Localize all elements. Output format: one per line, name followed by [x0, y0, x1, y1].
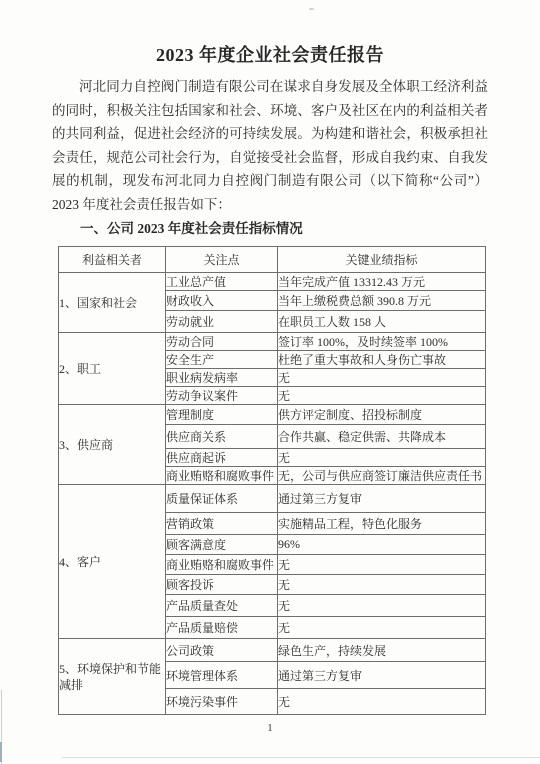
stakeholder-cell: 2、职工 [59, 333, 166, 405]
kpi-cell: 无 [278, 449, 486, 467]
focus-cell: 劳动合同 [166, 333, 278, 351]
kpi-cell: 无 [278, 369, 486, 387]
kpi-cell: 无 [278, 689, 486, 715]
focus-cell: 安全生产 [166, 351, 278, 369]
focus-cell: 商业贿赂和腐败事件 [166, 467, 278, 485]
stakeholder-cell: 1、国家和社会 [59, 273, 166, 333]
focus-cell: 质量保证体系 [166, 485, 278, 513]
document-page: 2023 年度企业社会责任报告 河北同力自控阀门制造有限公司在谋求自身发展及全体… [0, 0, 540, 764]
kpi-cell: 签订率 100%，及时续签率 100% [278, 333, 486, 351]
kpi-cell: 当年上缴税费总额 390.8 万元 [278, 291, 486, 311]
section-heading: 一、公司 2023 年度社会责任指标情况 [0, 216, 540, 239]
focus-cell: 劳动就业 [166, 311, 278, 333]
kpi-cell: 无 [278, 387, 486, 405]
focus-cell: 劳动争议案件 [166, 387, 278, 405]
focus-cell: 财政收入 [166, 291, 278, 311]
table-row: 5、环境保护和节能减排 公司政策 绿色生产，持续发展 [59, 639, 486, 662]
scan-artifact-left-mark [0, 742, 2, 762]
focus-cell: 管理制度 [166, 405, 278, 425]
stakeholder-header: 利益相关者 [59, 247, 166, 273]
table-row: 1、国家和社会 工业总产值 当年完成产值 13312.43 万元 [59, 273, 486, 291]
intro-paragraph: 河北同力自控阀门制造有限公司在谋求自身发展及全体职工经济利益的同时，积极关注包括… [52, 75, 488, 216]
focus-cell: 公司政策 [166, 639, 278, 662]
kpi-cell: 杜绝了重大事故和人身伤亡事故 [278, 351, 486, 369]
focus-cell: 环境管理体系 [166, 662, 278, 689]
kpi-cell: 无 [278, 575, 486, 595]
kpi-cell: 无 [278, 555, 486, 575]
focus-cell: 环境污染事件 [166, 689, 278, 715]
focus-cell: 营销政策 [166, 513, 278, 535]
csr-indicator-table: 利益相关者 关注点 关键业绩指标 1、国家和社会 工业总产值 当年完成产值 13… [58, 246, 486, 715]
stakeholder-cell: 4、客户 [59, 485, 166, 639]
kpi-cell: 无 [278, 595, 486, 617]
kpi-cell: 通过第三方复审 [278, 662, 486, 689]
kpi-cell: 在职员工人数 158 人 [278, 311, 486, 333]
focus-header: 关注点 [166, 247, 278, 273]
kpi-cell: 实施精品工程，特色化服务 [278, 513, 486, 535]
focus-cell: 商业贿赂和腐败事件 [166, 555, 278, 575]
scan-artifact-speck [309, 8, 314, 10]
focus-cell: 供应商起诉 [166, 449, 278, 467]
stakeholder-cell: 3、供应商 [59, 405, 166, 485]
table-row: 2、职工 劳动合同 签订率 100%，及时续签率 100% [59, 333, 486, 351]
focus-cell: 产品质量赔偿 [166, 617, 278, 639]
kpi-cell: 无，公司与供应商签订廉洁供应责任书 [278, 467, 486, 485]
kpi-cell: 当年完成产值 13312.43 万元 [278, 273, 486, 291]
focus-cell: 顾客投诉 [166, 575, 278, 595]
page-title: 2023 年度企业社会责任报告 [0, 0, 540, 67]
kpi-cell: 绿色生产，持续发展 [278, 639, 486, 662]
focus-cell: 产品质量查处 [166, 595, 278, 617]
stakeholder-cell: 5、环境保护和节能减排 [59, 639, 166, 715]
kpi-cell: 无 [278, 617, 486, 639]
table-header-row: 利益相关者 关注点 关键业绩指标 [59, 247, 486, 273]
kpi-cell: 96% [278, 535, 486, 555]
table-row: 4、客户 质量保证体系 通过第三方复审 [59, 485, 486, 513]
focus-cell: 工业总产值 [166, 273, 278, 291]
kpi-cell: 通过第三方复审 [278, 485, 486, 513]
focus-cell: 顾客满意度 [166, 535, 278, 555]
kpi-cell: 供方评定制度、招投标制度 [278, 405, 486, 425]
page-number: 1 [0, 722, 540, 734]
scan-artifact-bottom-line [62, 757, 540, 758]
focus-cell: 供应商关系 [166, 425, 278, 449]
kpi-header: 关键业绩指标 [278, 247, 486, 273]
table-row: 3、供应商 管理制度 供方评定制度、招投标制度 [59, 405, 486, 425]
kpi-cell: 合作共赢、稳定供需、共降成本 [278, 425, 486, 449]
focus-cell: 职业病发病率 [166, 369, 278, 387]
